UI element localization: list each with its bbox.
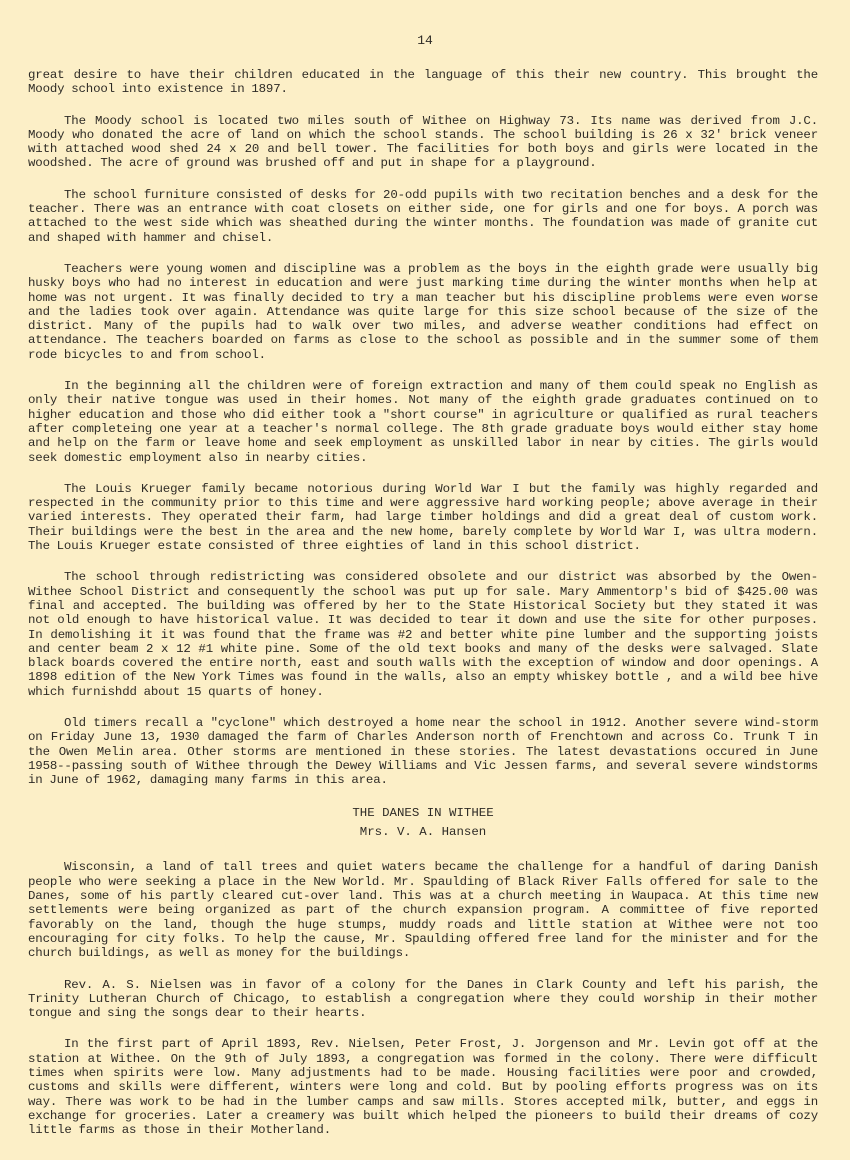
- paragraph: Rev. A. S. Nielsen was in favor of a col…: [28, 978, 818, 1021]
- paragraph: In the beginning all the children were o…: [28, 379, 818, 465]
- paragraph: Wisconsin, a land of tall trees and quie…: [28, 860, 818, 960]
- section-author: Mrs. V. A. Hansen: [28, 823, 818, 842]
- paragraph: The Louis Krueger family became notoriou…: [28, 482, 818, 553]
- paragraph: The school furniture consisted of desks …: [28, 188, 818, 245]
- paragraph: The school through redistricting was con…: [28, 570, 818, 699]
- page-number: 14: [0, 33, 850, 48]
- paragraph: The Moody school is located two miles so…: [28, 114, 818, 171]
- document-body: great desire to have their children educ…: [28, 68, 818, 1155]
- paragraph: Teachers were young women and discipline…: [28, 262, 818, 362]
- paragraph: great desire to have their children educ…: [28, 68, 818, 97]
- paragraph: Old timers recall a "cyclone" which dest…: [28, 716, 818, 787]
- section-heading: THE DANES IN WITHEE Mrs. V. A. Hansen: [28, 804, 818, 842]
- document-page: 14 great desire to have their children e…: [0, 0, 850, 1160]
- paragraph: In the first part of April 1893, Rev. Ni…: [28, 1037, 818, 1137]
- section-title: THE DANES IN WITHEE: [28, 804, 818, 823]
